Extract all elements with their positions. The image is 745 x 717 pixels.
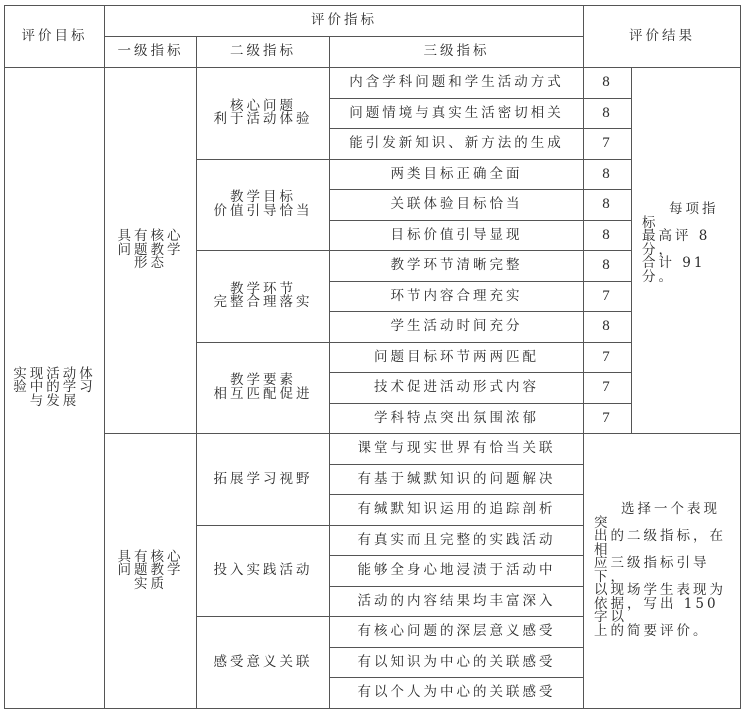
result-note: 选择一个表现突 出的二级指标，在相 应三级指标引导下， 以现场学生表现为 依据，… [584,434,741,709]
score-cell: 7 [584,342,632,373]
level1-cell: 具有核心 问题教学 实质 [105,434,197,709]
score-cell: 8 [584,312,632,343]
level3-cell: 有基于缄默知识的问题解决 [330,464,584,495]
score-cell: 7 [584,403,632,434]
level3-cell: 有以个人为中心的关联感受 [330,678,584,709]
header-level3: 三级指标 [330,37,584,68]
score-cell: 8 [584,159,632,190]
level3-cell: 两类目标正确全面 [330,159,584,190]
level3-cell: 内含学科问题和学生活动方式 [330,68,584,99]
level2-cell: 投入实践活动 [197,525,330,617]
level3-cell: 技术促进活动形式内容 [330,373,584,404]
level3-cell: 问题目标环节两两匹配 [330,342,584,373]
result-note: 每项指标 最高评 8 分， 合计 91 分。 [632,68,741,434]
score-cell: 7 [584,281,632,312]
level3-cell: 能引发新知识、新方法的生成 [330,129,584,160]
header-indicators: 评价指标 [105,6,584,37]
level3-cell: 教学环节清晰完整 [330,251,584,282]
level3-cell: 有真实而且完整的实践活动 [330,525,584,556]
level2-cell: 教学要素 相互匹配促进 [197,342,330,434]
level2-cell: 核心问题 利于活动体验 [197,68,330,160]
level2-cell: 教学目标 价值引导恰当 [197,159,330,251]
level3-cell: 环节内容合理充实 [330,281,584,312]
level3-cell: 有缄默知识运用的追踪剖析 [330,495,584,526]
level3-cell: 目标价值引导显现 [330,220,584,251]
level3-cell: 能够全身心地浸渍于活动中 [330,556,584,587]
header-row-1: 评价目标 评价指标 评价结果 [5,6,741,37]
level3-cell: 关联体验目标恰当 [330,190,584,221]
goal-cell: 实现活动体 验中的学习 与发展 [5,68,105,709]
level3-cell: 活动的内容结果均丰富深入 [330,586,584,617]
level2-cell: 感受意义关联 [197,617,330,709]
level3-cell: 问题情境与真实生活密切相关 [330,98,584,129]
header-level2: 二级指标 [197,37,330,68]
level3-cell: 学生活动时间充分 [330,312,584,343]
score-cell: 7 [584,129,632,160]
table-row: 实现活动体 验中的学习 与发展 具有核心 问题教学 形态 核心问题 利于活动体验… [5,68,741,99]
table-row: 具有核心 问题教学 实质 拓展学习视野 课堂与现实世界有恰当关联 选择一个表现突… [5,434,741,465]
header-level1: 一级指标 [105,37,197,68]
score-cell: 8 [584,68,632,99]
score-cell: 8 [584,190,632,221]
score-cell: 8 [584,220,632,251]
score-cell: 8 [584,251,632,282]
level3-cell: 课堂与现实世界有恰当关联 [330,434,584,465]
level3-cell: 有以知识为中心的关联感受 [330,647,584,678]
evaluation-table: 评价目标 评价指标 评价结果 一级指标 二级指标 三级指标 实现活动体 验中的学… [4,5,741,709]
level3-cell: 有核心问题的深层意义感受 [330,617,584,648]
header-result: 评价结果 [584,6,741,68]
level1-cell: 具有核心 问题教学 形态 [105,68,197,434]
level3-cell: 学科特点突出氛围浓郁 [330,403,584,434]
score-cell: 8 [584,98,632,129]
header-goal: 评价目标 [5,6,105,68]
level2-cell: 拓展学习视野 [197,434,330,526]
score-cell: 7 [584,373,632,404]
level2-cell: 教学环节 完整合理落实 [197,251,330,343]
